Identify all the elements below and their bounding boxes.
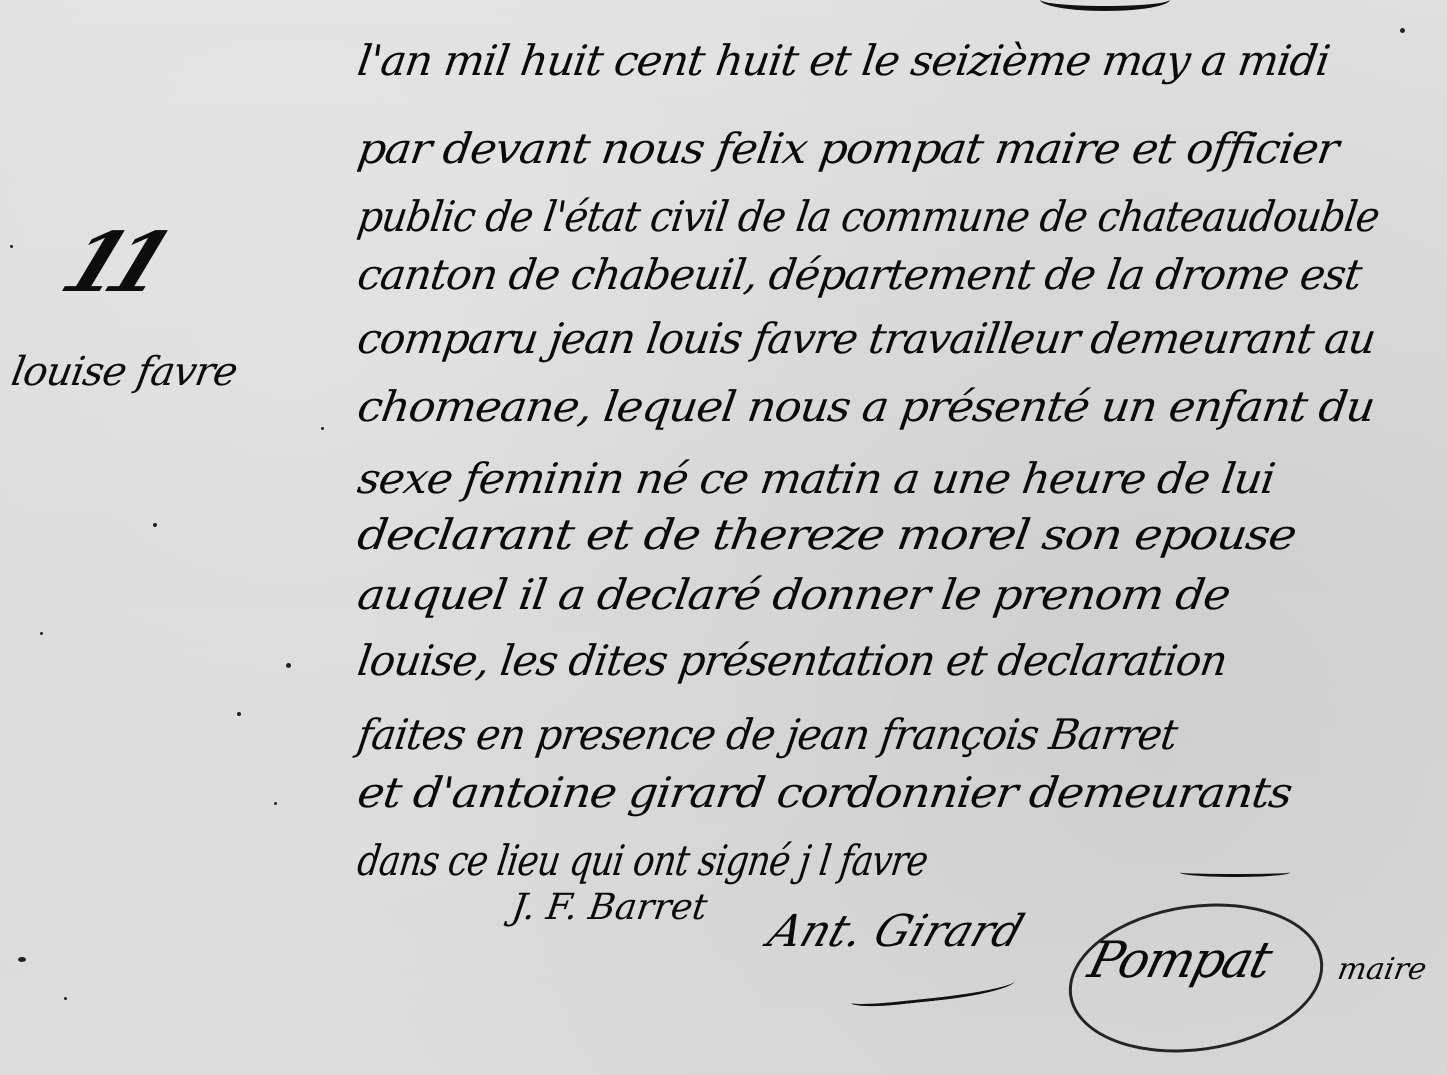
scan-speck <box>40 632 43 635</box>
entry-number: 11 <box>51 222 170 304</box>
scan-speck <box>153 523 157 527</box>
record-line: declarant et de thereze morel son epouse <box>355 514 1298 556</box>
scan-speck <box>321 427 324 430</box>
record-line: par devant nous felix pompat maire et of… <box>355 128 1340 170</box>
scan-speck <box>10 245 13 248</box>
scanned-document-page: 11 louise favre l'an mil huit cent huit … <box>0 0 1447 1075</box>
record-line: canton de chabeuil, département de la dr… <box>355 254 1364 296</box>
declarant-signature-flourish <box>1180 868 1290 877</box>
signature-mayor: Pompat <box>1084 935 1276 985</box>
scan-speck <box>286 663 291 668</box>
scan-speck <box>274 802 277 805</box>
margin-child-name: louise favre <box>8 352 239 392</box>
scan-speck <box>237 712 241 716</box>
signature-witness-barret: J. F. Barret <box>509 890 709 926</box>
record-line: et d'antoine girard cordonnier demeurant… <box>355 772 1294 814</box>
record-line: chomeane, lequel nous a présenté un enfa… <box>355 386 1377 428</box>
signature-mayor-title: maire <box>1335 955 1428 985</box>
signature-girard-flourish <box>849 969 1016 1009</box>
record-line: faites en presence de jean françois Barr… <box>355 714 1179 756</box>
record-line: dans ce lieu qui ont signé j l favre <box>355 840 930 882</box>
scan-speck <box>64 997 67 1000</box>
record-line: l'an mil huit cent huit et le seizième m… <box>355 40 1332 82</box>
record-line: louise, les dites présentation et declar… <box>355 640 1229 682</box>
record-line: sexe feminin né ce matin a une heure de … <box>355 458 1277 500</box>
signature-witness-girard: Ant. Girard <box>763 910 1029 954</box>
scan-speck <box>1400 28 1405 33</box>
scan-speck <box>18 957 26 962</box>
record-line: auquel il a declaré donner le prenom de <box>355 574 1232 616</box>
previous-record-flourish <box>1040 0 1170 11</box>
record-line: public de l'état civil de la commune de … <box>355 196 1381 238</box>
record-line: comparu jean louis favre travailleur dem… <box>355 318 1378 360</box>
